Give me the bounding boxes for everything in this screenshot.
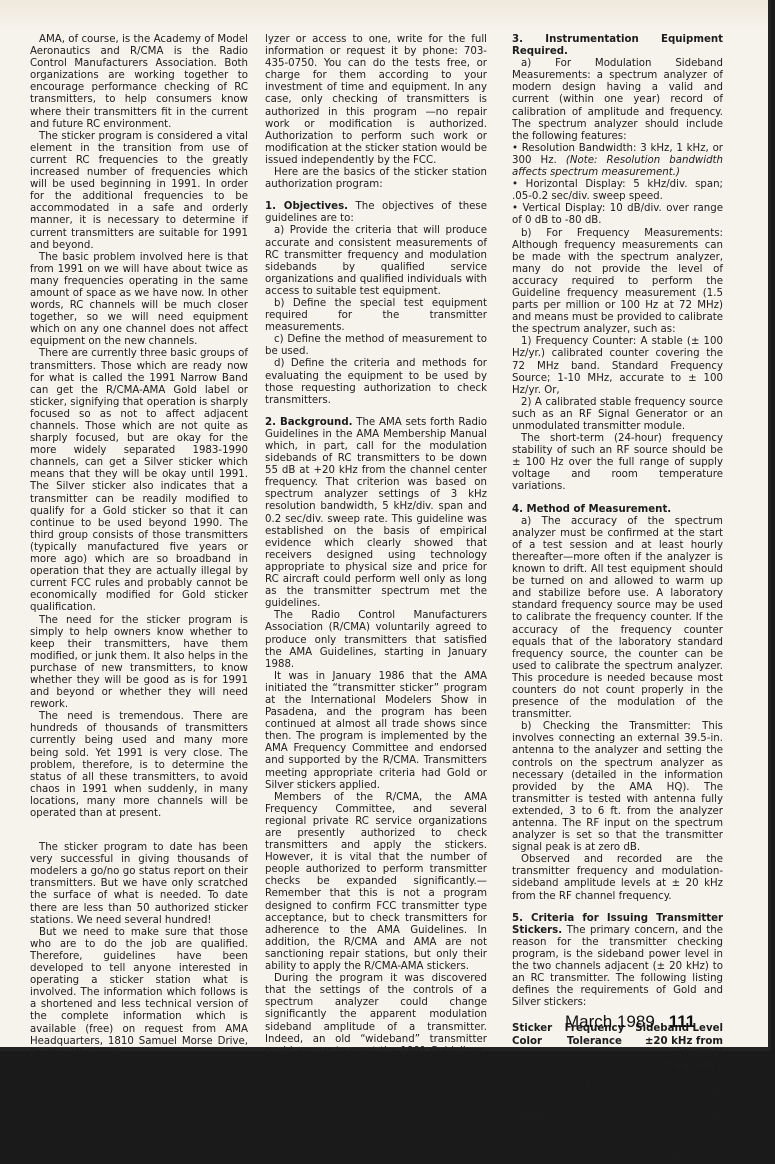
paragraph: b) For Frequency Measurements: Although … [512,228,723,337]
section-background: 2. Background. The AMA sets forth Radio … [265,417,487,611]
paragraph: The basic problem involved here is that … [30,252,248,349]
page-top-shade [0,0,768,28]
paragraph: During the program it was discovered tha… [265,973,487,1054]
paragraph: It was in January 1986 that the AMA init… [265,671,487,792]
paragraph: But we need to make sure that those who … [30,927,248,1054]
section-title: 4. Method of Measurement. [512,504,723,516]
section-title: 3. Instrumentation Equipment Required. [512,34,723,58]
section-lead: The AMA sets forth Radio Guidelines in t… [265,417,487,609]
paragraph: lyzer or access to one, write for the fu… [265,34,487,167]
paragraph: The sticker program is considered a vita… [30,131,248,252]
column-1: AMA, of course, is the Academy of Model … [30,34,248,1054]
section-title: 2. Background. [265,417,352,428]
list-item: 1) Frequency Counter: A stable (± 100 Hz… [512,336,723,396]
bullet-item: • Horizontal Display: 5 kHz/div. span; .… [512,179,723,203]
paragraph: a) For Modulation Sideband Measurements:… [512,58,723,143]
section-lead: The primary concern, and the reason for … [512,925,723,1009]
paragraph: a) The accuracy of the spectrum analyzer… [512,516,723,722]
paragraph: Here are the basics of the sticker stati… [265,167,487,191]
paragraph: The Radio Control Manufacturers Associat… [265,610,487,670]
paragraph: The sticker program to date has been ver… [30,842,248,927]
column-3: 3. Instrumentation Equipment Required. a… [512,34,723,1054]
paragraph: b) Checking the Transmitter: This involv… [512,721,723,854]
section-objectives: 1. Objectives. The objectives of these g… [265,201,487,225]
paragraph: The need for the sticker program is simp… [30,615,248,712]
list-item: 2) A calibrated stable frequency source … [512,397,723,433]
column-header: Sticker Color [512,1023,565,1054]
column-2: lyzer or access to one, write for the fu… [265,34,487,1054]
page-footer: March 1989111 [565,1012,695,1032]
paragraph: The short-term (24-hour) frequency stabi… [512,433,723,493]
list-item: c) Define the method of measurement to b… [265,334,487,358]
page-number: 111 [669,1012,696,1031]
bullet-item: • Vertical Display: 10 dB/div. over rang… [512,203,723,227]
section-title: 1. Objectives. [265,201,348,212]
paragraph: AMA, of course, is the Academy of Model … [30,34,248,131]
list-item: b) Define the special test equipment req… [265,298,487,334]
paragraph: The need is tremendous. There are hundre… [30,711,248,820]
list-item: d) Define the criteria and methods for e… [265,358,487,406]
issue-date: March 1989 [565,1012,655,1031]
paragraph: Observed and recorded are the transmitte… [512,854,723,902]
paragraph: Members of the R/CMA, the AMA Frequency … [265,792,487,973]
magazine-page: AMA, of course, is the Academy of Model … [0,0,771,1051]
list-item: a) Provide the criteria that will produc… [265,225,487,298]
paragraph: There are currently three basic groups o… [30,348,248,614]
section-criteria: 5. Criteria for Issuing Transmitter Stic… [512,913,723,1010]
bullet-item: • Resolution Bandwidth: 3 kHz, 1 kHz, or… [512,143,723,179]
